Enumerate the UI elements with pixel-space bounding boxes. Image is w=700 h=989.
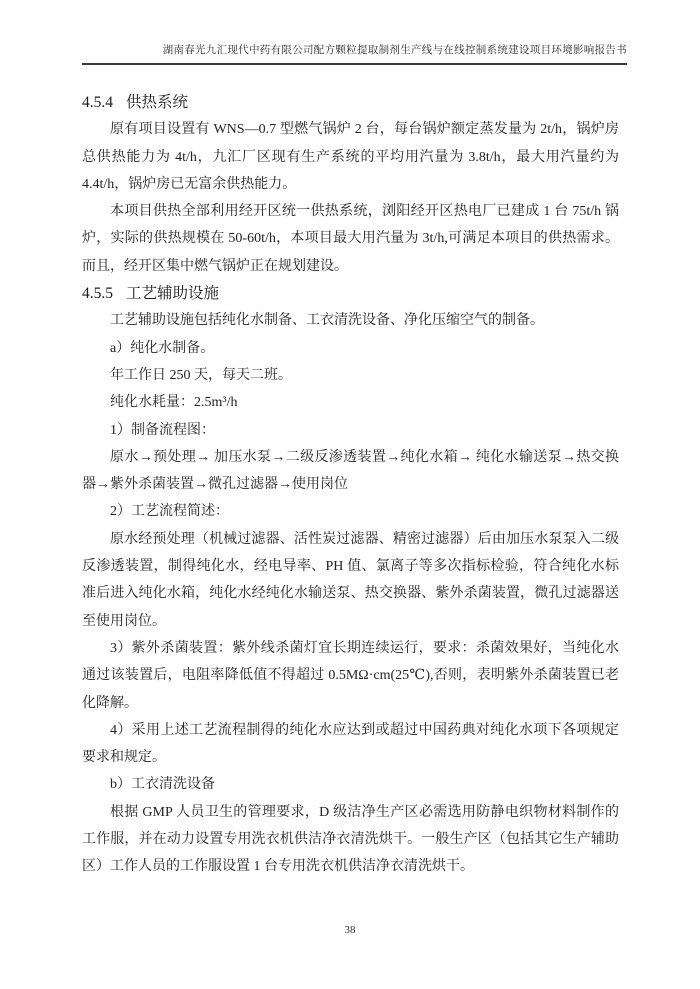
paragraph: b）工衣清洗设备 <box>82 771 619 798</box>
document-page: 湖南春光九汇现代中药有限公司配方颗粒提取制剂生产线与在线控制系统建设项目环境影响… <box>0 0 700 989</box>
paragraph: 3）紫外杀菌装置：紫外线杀菌灯宜长期连续运行，要求：杀菌效果好，当纯化水通过该装… <box>82 635 619 717</box>
running-title: 湖南春光九汇现代中药有限公司配方颗粒提取制剂生产线与在线控制系统建设项目环境影响… <box>163 45 627 56</box>
section-title: 供热系统 <box>126 94 188 111</box>
paragraph: a）纯化水制备。 <box>82 335 619 362</box>
paragraph: 4）采用上述工艺流程制得的纯化水应达到或超过中国药典对纯化水项下各项规定要求和规… <box>82 717 619 772</box>
paragraph: 根据 GMP 人员卫生的管理要求，D 级洁净生产区必需选用防静电织物材料制作的工… <box>82 799 619 881</box>
section-heading-455: 4.5.5工艺辅助设施 <box>82 280 619 307</box>
paragraph: 年工作日 250 天，每天二班。 <box>82 362 619 389</box>
page-header: 湖南春光九汇现代中药有限公司配方颗粒提取制剂生产线与在线控制系统建设项目环境影响… <box>82 44 627 65</box>
paragraph: 工艺辅助设施包括纯化水制备、工衣清洗设备、净化压缩空气的制备。 <box>82 307 619 334</box>
page-number: 38 <box>0 924 700 936</box>
section-title: 工艺辅助设施 <box>126 285 219 302</box>
paragraph: 原水经预处理（机械过滤器、活性炭过滤器、精密过滤器）后由加压水泵泵入二级反渗透装… <box>82 526 619 635</box>
section-number: 4.5.4 <box>82 94 113 111</box>
section-heading-454: 4.5.4供热系统 <box>82 89 619 116</box>
section-number: 4.5.5 <box>82 285 113 302</box>
paragraph: 原水→预处理→ 加压水泵→二级反渗透装置→纯化水箱→ 纯化水输送泵→热交换器→紫… <box>82 444 619 499</box>
paragraph: 1）制备流程图： <box>82 417 619 444</box>
paragraph: 纯化水耗量：2.5m³/h <box>82 389 619 416</box>
page-content: 4.5.4供热系统 原有项目设置有 WNS—0.7 型燃气锅炉 2 台，每台锅炉… <box>82 89 619 881</box>
paragraph: 2）工艺流程简述： <box>82 498 619 525</box>
paragraph: 本项目供热全部利用经开区统一供热系统，浏阳经开区热电厂已建成 1 台 75t/h… <box>82 198 619 280</box>
paragraph: 原有项目设置有 WNS—0.7 型燃气锅炉 2 台，每台锅炉额定蒸发量为 2t/… <box>82 116 619 198</box>
